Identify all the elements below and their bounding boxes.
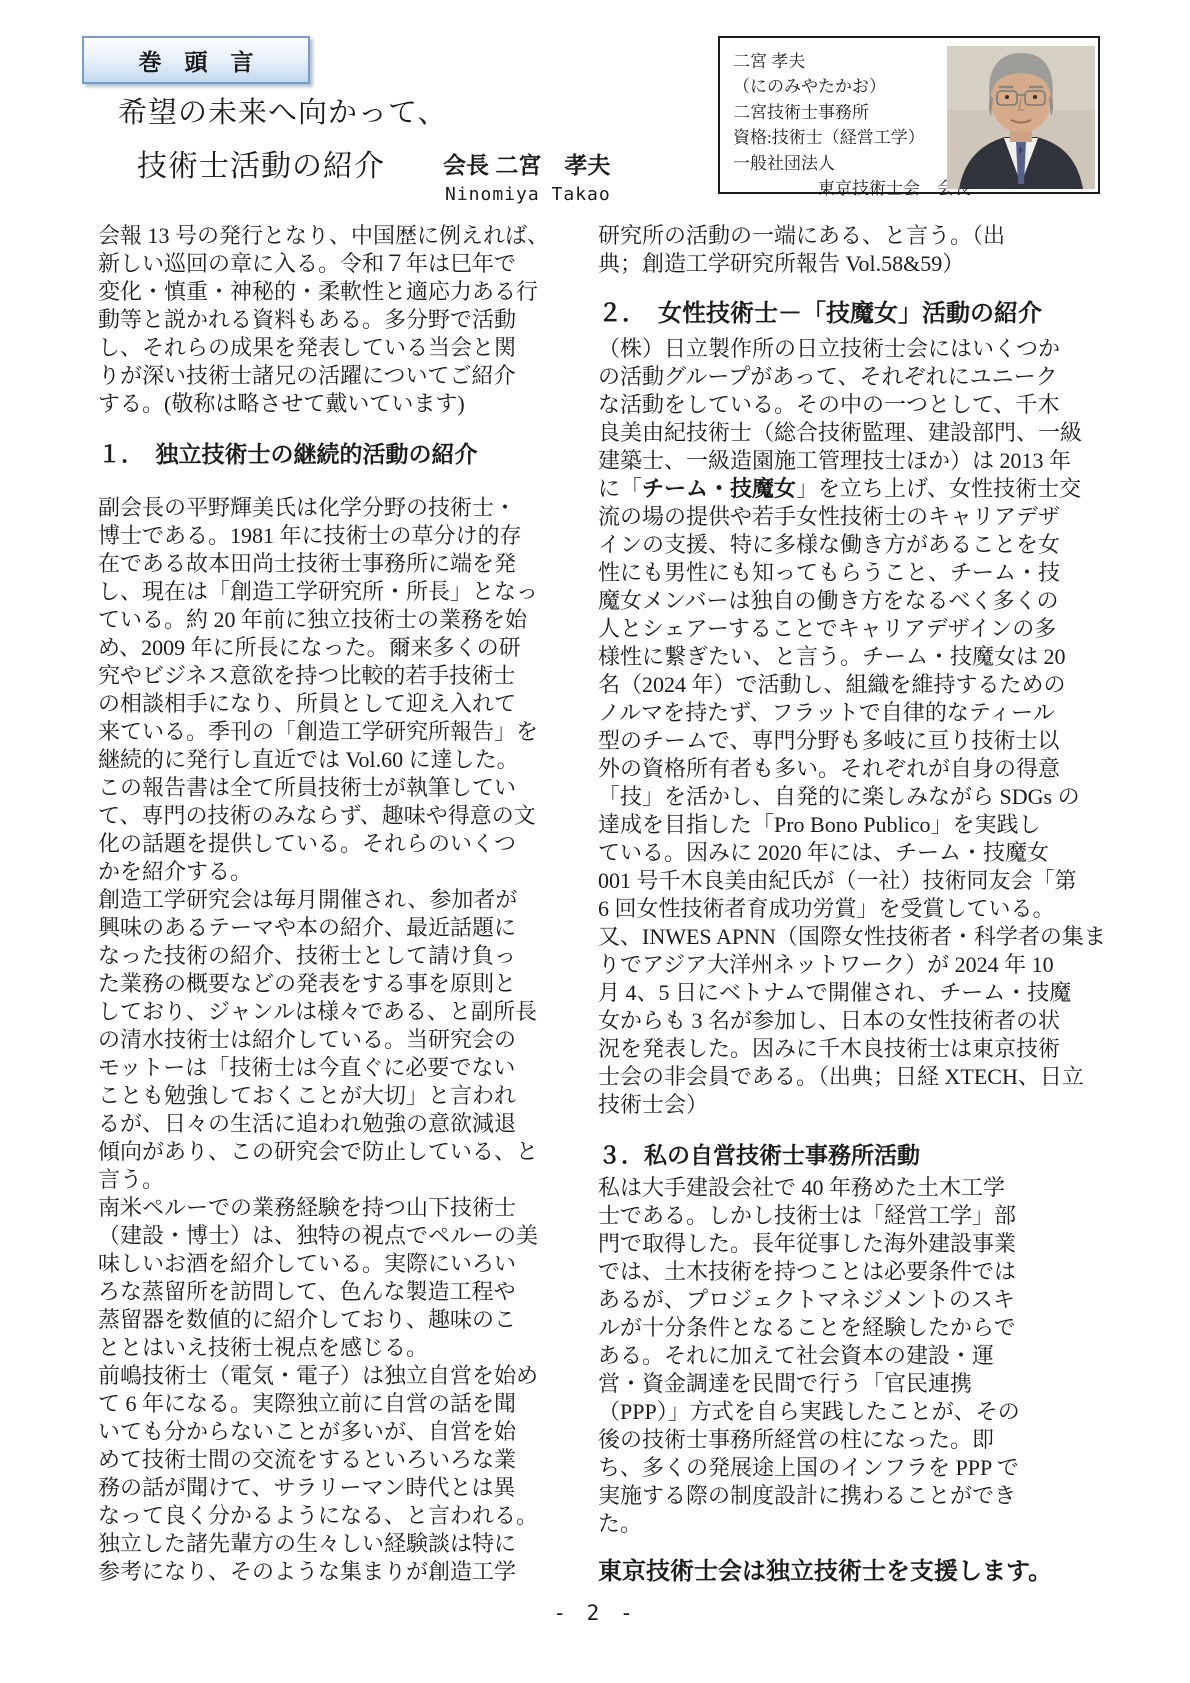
profile-line: 二宮 孝夫	[733, 49, 971, 74]
section-heading: ３．私の自営技術士事務所活動	[598, 1141, 1092, 1169]
text-line: ことも勉強しておくことが大切」と言われ	[98, 1082, 578, 1110]
text-line: 6 回女性技術者育成功労賞」を受賞している。	[598, 895, 1092, 923]
text-line: 人とシェアーすることでキャリアデザインの多	[598, 615, 1092, 643]
text-line: では、土木技術を持つことは必要条件では	[598, 1258, 1092, 1286]
text-line: 博士である。1981 年に技術士の草分け的存	[98, 522, 578, 550]
profile-line: 一般社団法人	[733, 151, 971, 176]
text-line: この報告書は全て所員技術士が執筆してい	[98, 774, 578, 802]
text-line: りが深い技術士諸兄の活躍についてご紹介	[98, 362, 578, 390]
portrait-photo	[947, 46, 1095, 189]
text-line: 況を発表した。因みに千木良技術士は東京技術	[598, 1035, 1092, 1063]
text-line: 化の話題を提供している。それらのいくつ	[98, 830, 578, 858]
text-line: 来ている。季刊の「創造工学研究所報告」を	[98, 718, 578, 746]
text-line: 門で取得した。長年従事した海外建設事業	[598, 1230, 1092, 1258]
text-line: 創造工学研究会は毎月開催され、参加者が	[98, 886, 578, 914]
text-line: 傾向があり、この研究会で防止している、と	[98, 1138, 578, 1166]
text-line: た業務の概要などの発表をする事を原則と	[98, 970, 578, 998]
profile-line: 資格:技術士（経営工学）	[733, 125, 971, 150]
text-line: １． 独立技術士の継続的活動の紹介	[98, 440, 578, 468]
text-line: する。(敬称は略させて戴いています)	[98, 390, 578, 418]
text-line: て 6 年になる。実際独立前に自営の話を聞	[98, 1390, 578, 1418]
text-line: りでアジア大洋州ネットワーク）が 2024 年 10	[598, 951, 1092, 979]
text-line: 東京技術士会は独立技術士を支援します。	[598, 1558, 1092, 1588]
paragraph: 会報 13 号の発行となり、中国歴に例えれば、新しい巡回の章に入る。令和７年は巳…	[98, 222, 578, 418]
text-line: 研究所の活動の一端にある、と言う。（出	[598, 222, 1092, 250]
text-line: 士である。しかし技術士は「経営工学」部	[598, 1202, 1092, 1230]
text-line: 後の技術士事務所経営の柱になった。即	[598, 1426, 1092, 1454]
text-line: 名（2024 年）で活動し、組織を維持するための	[598, 671, 1092, 699]
text-line: 実施する際の制度設計に携わることができ	[598, 1482, 1092, 1510]
text-line: 良美由紀技術士（総合技術監理、建設部門、一級	[598, 419, 1092, 447]
text-line: 「技」を活かし、自発的に楽しみながら SDGs の	[598, 783, 1092, 811]
text-line: ルが十分条件となることを経験したからで	[598, 1314, 1092, 1342]
text-line: 月 4、5 日にベトナムで開催され、チーム・技魔	[598, 979, 1092, 1007]
text-line: （建設・博士）は、独特の視点でペルーの美	[98, 1222, 578, 1250]
kantogen-banner: 巻 頭 言	[82, 36, 310, 84]
text-line: ２． 女性技術士－「技魔女」活動の紹介	[598, 300, 1092, 330]
text-line: 技術士会）	[598, 1091, 1092, 1119]
text-line: の活動グループがあって、それぞれにユニーク	[598, 363, 1092, 391]
text-line: 魔女メンバーは独自の働き方をなるべく多くの	[598, 587, 1092, 615]
text-line: ている。約 20 年前に独立技術士の業務を始	[98, 606, 578, 634]
document-page: 巻 頭 言 希望の未来へ向かって、 技術士活動の紹介 会長 二宮 孝夫 Nino…	[0, 0, 1190, 1683]
text-line: なって良く分かるようになる、と言われる。	[98, 1502, 578, 1530]
text-line: 士会の非会員である。（出典；日経 XTECH、日立	[598, 1063, 1092, 1091]
text-line: 流の場の提供や若手女性技術士のキャリアデザ	[598, 503, 1092, 531]
text-line: な活動をしている。その中の一つとして、千木	[598, 391, 1092, 419]
left-column: 会報 13 号の発行となり、中国歴に例えれば、新しい巡回の章に入る。令和７年は巳…	[98, 222, 578, 1586]
text-line: 又、INWES APNN（国際女性技術者・科学者の集ま	[598, 923, 1092, 951]
section-heading: １． 独立技術士の継続的活動の紹介	[98, 440, 578, 468]
text-line: 外の資格所有者も多い。それぞれが自身の得意	[598, 755, 1092, 783]
page-title-line1: 希望の未来へ向かって、	[118, 90, 447, 131]
paragraph: 研究所の活動の一端にある、と言う。（出典；創造工学研究所報告 Vol.58&59…	[598, 222, 1092, 278]
paragraph: 私は大手建設会社で 40 年務めた土木工学士である。しかし技術士は「経営工学」部…	[598, 1174, 1092, 1538]
text-line: 蒸留器を数値的に紹介しており、趣味のこ	[98, 1306, 578, 1334]
text-line: 女からも 3 名が参加し、日本の女性技術者の状	[598, 1007, 1092, 1035]
page-number: - 2 -	[0, 1601, 1190, 1625]
text-line: 言う。	[98, 1166, 578, 1194]
text-line: 性にも男性にも知ってもらうこと、チーム・技	[598, 559, 1092, 587]
text-line: に「チーム・技魔女」を立ち上げ、女性技術士交	[598, 475, 1092, 503]
text-line: 副会長の平野輝美氏は化学分野の技術士・	[98, 494, 578, 522]
right-column: 研究所の活動の一端にある、と言う。（出典；創造工学研究所報告 Vol.58&59…	[598, 222, 1092, 1588]
text-line: 独立した諸先輩方の生々しい経験談は特に	[98, 1530, 578, 1558]
text-line: 型のチームで、専門分野も多岐に亘り技術士以	[598, 727, 1092, 755]
text-line: 典；創造工学研究所報告 Vol.58&59）	[598, 250, 1092, 278]
profile-text: 二宮 孝夫（にのみやたかお）二宮技術士事務所資格:技術士（経営工学）一般社団法人…	[733, 49, 971, 201]
text-line: 究やビジネス意欲を持つ比較的若手技術士	[98, 662, 578, 690]
text-line: あるが、プロジェクトマネジメントのスキ	[598, 1286, 1092, 1314]
text-line: 動等と説かれる資料もある。多分野で活動	[98, 306, 578, 334]
text-line: の相談相手になり、所員として迎え入れて	[98, 690, 578, 718]
text-line: ち、多くの発展途上国のインフラを PPP で	[598, 1454, 1092, 1482]
text-line: るが、日々の生活に追われ勉強の意欲減退	[98, 1110, 578, 1138]
text-line: 南米ペルーでの業務経験を持つ山下技術士	[98, 1194, 578, 1222]
text-line: 営・資金調達を民間で行う「官民連携	[598, 1370, 1092, 1398]
section-heading: ２． 女性技術士－「技魔女」活動の紹介	[598, 300, 1092, 330]
text-line: て、専門の技術のみならず、趣味や得意の文	[98, 802, 578, 830]
author-romaji: Ninomiya Takao	[445, 184, 611, 205]
text-line: し、それらの成果を発表している当会と関	[98, 334, 578, 362]
emphasis-line: 東京技術士会は独立技術士を支援します。	[598, 1558, 1092, 1588]
text-line: 新しい巡回の章に入る。令和７年は巳年で	[98, 250, 578, 278]
text-line: の清水技術士は紹介している。当研究会の	[98, 1026, 578, 1054]
page-title-line2: 技術士活動の紹介	[137, 141, 385, 185]
text-line: （PPP）」方式を自ら実践したことが、その	[598, 1398, 1092, 1426]
text-line: 参考になり、そのような集まりが創造工学	[98, 1558, 578, 1586]
text-line: 達成を目指した「Pro Bono Publico」を実践し	[598, 811, 1092, 839]
text-line: 味しいお酒を紹介している。実際にいろい	[98, 1250, 578, 1278]
text-line: 興味のあるテーマや本の紹介、最近話題に	[98, 914, 578, 942]
text-line: し、現在は「創造工学研究所・所長」となっ	[98, 578, 578, 606]
text-line: ある。それに加えて社会資本の建設・運	[598, 1342, 1092, 1370]
text-line: （株）日立製作所の日立技術士会にはいくつか	[598, 335, 1092, 363]
text-line: 前嶋技術士（電気・電子）は独立自営を始め	[98, 1362, 578, 1390]
text-line: ノルマを持たず、フラットで自律的なティール	[598, 699, 1092, 727]
profile-line: 二宮技術士事務所	[733, 100, 971, 125]
text-line: しており、ジャンルは様々である、と副所長	[98, 998, 578, 1026]
text-line: 務の話が聞けて、サラリーマン時代とは異	[98, 1474, 578, 1502]
text-line: め、2009 年に所長になった。爾来多くの研	[98, 634, 578, 662]
kantogen-banner-label: 巻 頭 言	[139, 44, 254, 77]
bold-run: チーム・技魔女	[642, 476, 796, 501]
text-line: インの支援、特に多様な働き方があることを女	[598, 531, 1092, 559]
text-line: 建築士、一級造園施工管理技士ほか）は 2013 年	[598, 447, 1092, 475]
text-line: 私は大手建設会社で 40 年務めた土木工学	[598, 1174, 1092, 1202]
profile-line: 東京技術士会 会長	[733, 176, 971, 201]
text-line: 継続的に発行し直近では Vol.60 に達した。	[98, 746, 578, 774]
author-name: 会長 二宮 孝夫	[443, 147, 610, 180]
text-line: た。	[598, 1510, 1092, 1538]
text-line: ３．私の自営技術士事務所活動	[598, 1141, 1092, 1169]
paragraph: 副会長の平野輝美氏は化学分野の技術士・博士である。1981 年に技術士の草分け的…	[98, 494, 578, 1586]
text-line: 様性に繋ぎたい、と言う。チーム・技魔女は 20	[598, 643, 1092, 671]
text-line: 001 号千木良美由紀氏が（一社）技術同友会「第	[598, 867, 1092, 895]
text-line: ろな蒸留所を訪問して、色んな製造工程や	[98, 1278, 578, 1306]
profile-card: 二宮 孝夫（にのみやたかお）二宮技術士事務所資格:技術士（経営工学）一般社団法人…	[718, 36, 1100, 194]
text-line: かを紹介する。	[98, 858, 578, 886]
text-line: ている。因みに 2020 年には、チーム・技魔女	[598, 839, 1092, 867]
text-line: めて技術士間の交流をするといろいろな業	[98, 1446, 578, 1474]
text-line: モットーは「技術士は今直ぐに必要でない	[98, 1054, 578, 1082]
text-line: いても分からないことが多いが、自営を始	[98, 1418, 578, 1446]
paragraph: （株）日立製作所の日立技術士会にはいくつかの活動グループがあって、それぞれにユニ…	[598, 335, 1092, 1119]
text-line: 会報 13 号の発行となり、中国歴に例えれば、	[98, 222, 578, 250]
text-line: ととはいえ技術士視点を感じる。	[98, 1334, 578, 1362]
text-line: 変化・慎重・神秘的・柔軟性と適応力ある行	[98, 278, 578, 306]
text-line: なった技術の紹介、技術士として請け負っ	[98, 942, 578, 970]
text-line: 在である故本田尚士技術士事務所に端を発	[98, 550, 578, 578]
profile-line: （にのみやたかお）	[733, 74, 971, 99]
